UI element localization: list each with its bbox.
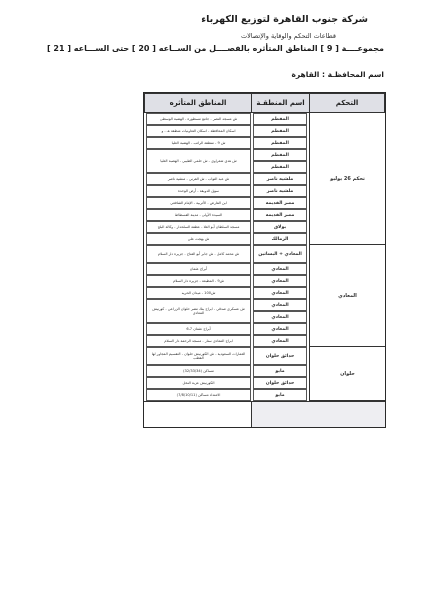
areas-cell: اسكان المحافظة - اسكان التعاونيات منطقة … [146,125,251,137]
region-cell: المعادي [253,299,307,311]
company-name: شركة جنوب القاهرة لتوزيع الكهرباء [201,14,368,25]
region-cell: المعادي [253,287,307,299]
group-title: مجموعــــة [ 9 ] المناطق المتأثره بالفصـ… [47,44,384,53]
region-cell: المقطم [253,113,307,125]
region-cell: المقطم [253,161,307,173]
areas-cell: ش عبد التواب - ش القرني - منشية ناصر [146,173,251,185]
areas-cell: ش عسكري صدقي - ابراج بنك مصر حلوان الزرا… [146,299,251,323]
areas-cell: الكورنيش عزبة النخل [146,377,251,389]
region-cell: المقطم [253,125,307,137]
areas-cell: الامتداد مساكن (7/8/10/11) [146,389,251,401]
areas-cell: ش100 - ميدان الحريه [146,287,251,299]
areas-cell: السيدة الأولى - مدينة الفسطاط [146,209,251,221]
governorate-label: اسم المحافظـة : القاهرة [291,70,384,79]
row-divider [144,401,385,402]
region-cell: المعادي + البساتين [253,245,307,263]
region-cell: حدائق حلوان [253,347,307,365]
empty-cell [251,401,385,427]
areas-cell: ش محمد كامل - ش جابر أبو الفتاح - جزيرة … [146,245,251,263]
areas-cell: ش9 - المطبعة - جزيرة دار السلام [146,275,251,287]
region-cell: المعادي [253,335,307,347]
region-cell: المعادي [253,263,307,275]
region-cell: ملشيه ناصر [253,173,307,185]
region-cell: مصر القديمه [253,209,307,221]
areas-cell: العمارات السعودية - ش الكورنيش حلوان - ا… [146,347,251,365]
region-cell: مايو [253,365,307,377]
region-cell: مصر القديمه [253,197,307,209]
areas-cell: أبراج عثمان 6،7 [146,323,251,335]
region-cell: بولاق [253,221,307,233]
areas-cell: ش مسجد النصر - جامع مسطورة - الهضبة الوس… [146,113,251,125]
column-header-control: التحكم [309,93,385,113]
column-header-region: اسم المنطقـة [251,93,310,113]
region-cell: الزمالك [253,233,307,245]
areas-cell: أبراج عثمان [146,263,251,275]
region-cell: ملشيه ناصر [253,185,307,197]
areas-cell: ش 9 - منطقة الراتب - الهضبة العليا [146,137,251,149]
outage-table: المناطق المتأثره اسم المنطقـة التحكم تحك… [143,92,386,428]
region-cell: المعادي [253,311,307,323]
control-cell: حلوان [309,347,385,401]
region-cell: حدائق حلوان [253,377,307,389]
areas-cell: سوق الدويقة - أرض الوحدة [146,185,251,197]
areas-cell: ابن الفارض - الأتربية - الإمام الشافعي [146,197,251,209]
areas-cell: ش بهجت علي [146,233,251,245]
column-header-areas: المناطق المتأثره [144,93,252,113]
region-cell: المعادي [253,323,307,335]
region-cell: المقطم [253,137,307,149]
areas-cell: مسجد السلطان أبو العلا - عطفة السلحدار -… [146,221,251,233]
department-name: قطاعات التحكم والوقاية والإتصالات [241,32,336,40]
areas-cell: ابراج المعادي ستار - مسجد الرحمة دار الس… [146,335,251,347]
region-cell: مايو [253,389,307,401]
control-cell: المعادي [309,245,385,347]
region-cell: المعادي [253,275,307,287]
region-cell: المقطم [253,149,307,161]
control-cell: تحكم 26 يوليو [309,113,385,245]
areas-cell: مساكن (32/33/34) [146,365,251,377]
areas-cell: ش هدى شعراوي - ش حلمي الطيبي - الهضبة ال… [146,149,251,173]
